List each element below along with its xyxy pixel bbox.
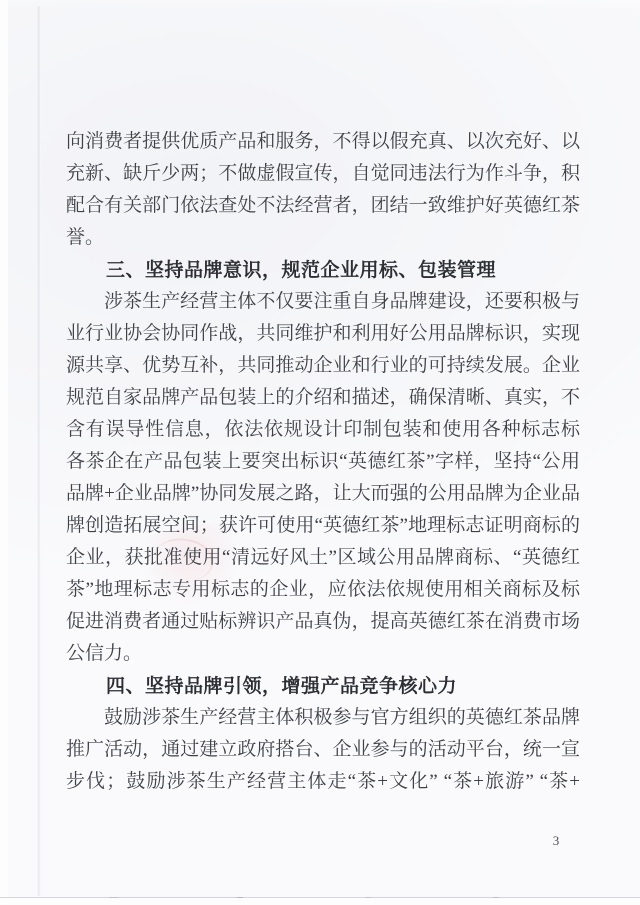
- text-line: 推广活动，通过建立政府搭台、企业参与的活动平台，统一宣传: [66, 734, 580, 766]
- text-line: 步伐；鼓励涉茶生产经营主体走“茶+文化” “茶+旅游” “茶+: [66, 766, 580, 798]
- text-line: 公信力。: [66, 638, 580, 670]
- section-heading: 四、坚持品牌引领，增强产品竞争核心力: [66, 670, 580, 702]
- page-number: 3: [546, 833, 566, 849]
- text-line: 向消费者提供优质产品和服务，不得以假充真、以次充好、以陈: [66, 126, 580, 158]
- text-line: 含有误导性信息，依法依规设计印制包装和使用各种标志标识；: [66, 414, 580, 446]
- text-line: 企业，获批准使用“清远好风土”区域公用品牌商标、“英德红: [66, 542, 580, 574]
- scan-left-margin: [0, 0, 8, 897]
- text-line: 涉茶生产经营主体不仅要注重自身品牌建设，还要积极与茶: [66, 286, 580, 318]
- scan-bottom-edge: [0, 897, 640, 905]
- scan-edge-line: [0, 897, 640, 898]
- text-line: 规范自家品牌产品包装上的介绍和描述，确保清晰、真实，不得: [66, 382, 580, 414]
- text-line: 业行业协会协同作战，共同维护和利用好公用品牌标识，实现资: [66, 318, 580, 350]
- section-heading: 三、坚持品牌意识，规范企业用标、包装管理: [66, 254, 580, 286]
- text-line: 配合有关部门依法查处不法经营者，团结一致维护好英德红茶声: [66, 190, 580, 222]
- text-line: 牌创造拓展空间；获许可使用“英德红茶”地理标志证明商标的: [66, 510, 580, 542]
- document-body: 向消费者提供优质产品和服务，不得以假充真、以次充好、以陈 充新、缺斤少两；不做虚…: [66, 126, 580, 798]
- text-line: 源共享、优势互补，共同推动企业和行业的可持续发展。企业要: [66, 350, 580, 382]
- text-line: 誉。: [66, 222, 580, 254]
- text-line: 充新、缺斤少两；不做虚假宣传，自觉同违法行为作斗争，积极: [66, 158, 580, 190]
- text-line: 茶”地理标志专用标志的企业，应依法依规使用相关商标及标志，: [66, 574, 580, 606]
- scan-fold-artifact: [37, 6, 41, 896]
- text-line: 品牌+企业品牌”协同发展之路，让大而强的公用品牌为企业品: [66, 478, 580, 510]
- text-line: 促进消费者通过贴标辨识产品真伪，提高英德红茶在消费市场的: [66, 606, 580, 638]
- text-line: 鼓励涉茶生产经营主体积极参与官方组织的英德红茶品牌: [66, 702, 580, 734]
- scanned-document-page: 向消费者提供优质产品和服务，不得以假充真、以次充好、以陈 充新、缺斤少两；不做虚…: [0, 0, 640, 905]
- text-line: 各茶企在产品包装上要突出标识“英德红茶”字样，坚持“公用: [66, 446, 580, 478]
